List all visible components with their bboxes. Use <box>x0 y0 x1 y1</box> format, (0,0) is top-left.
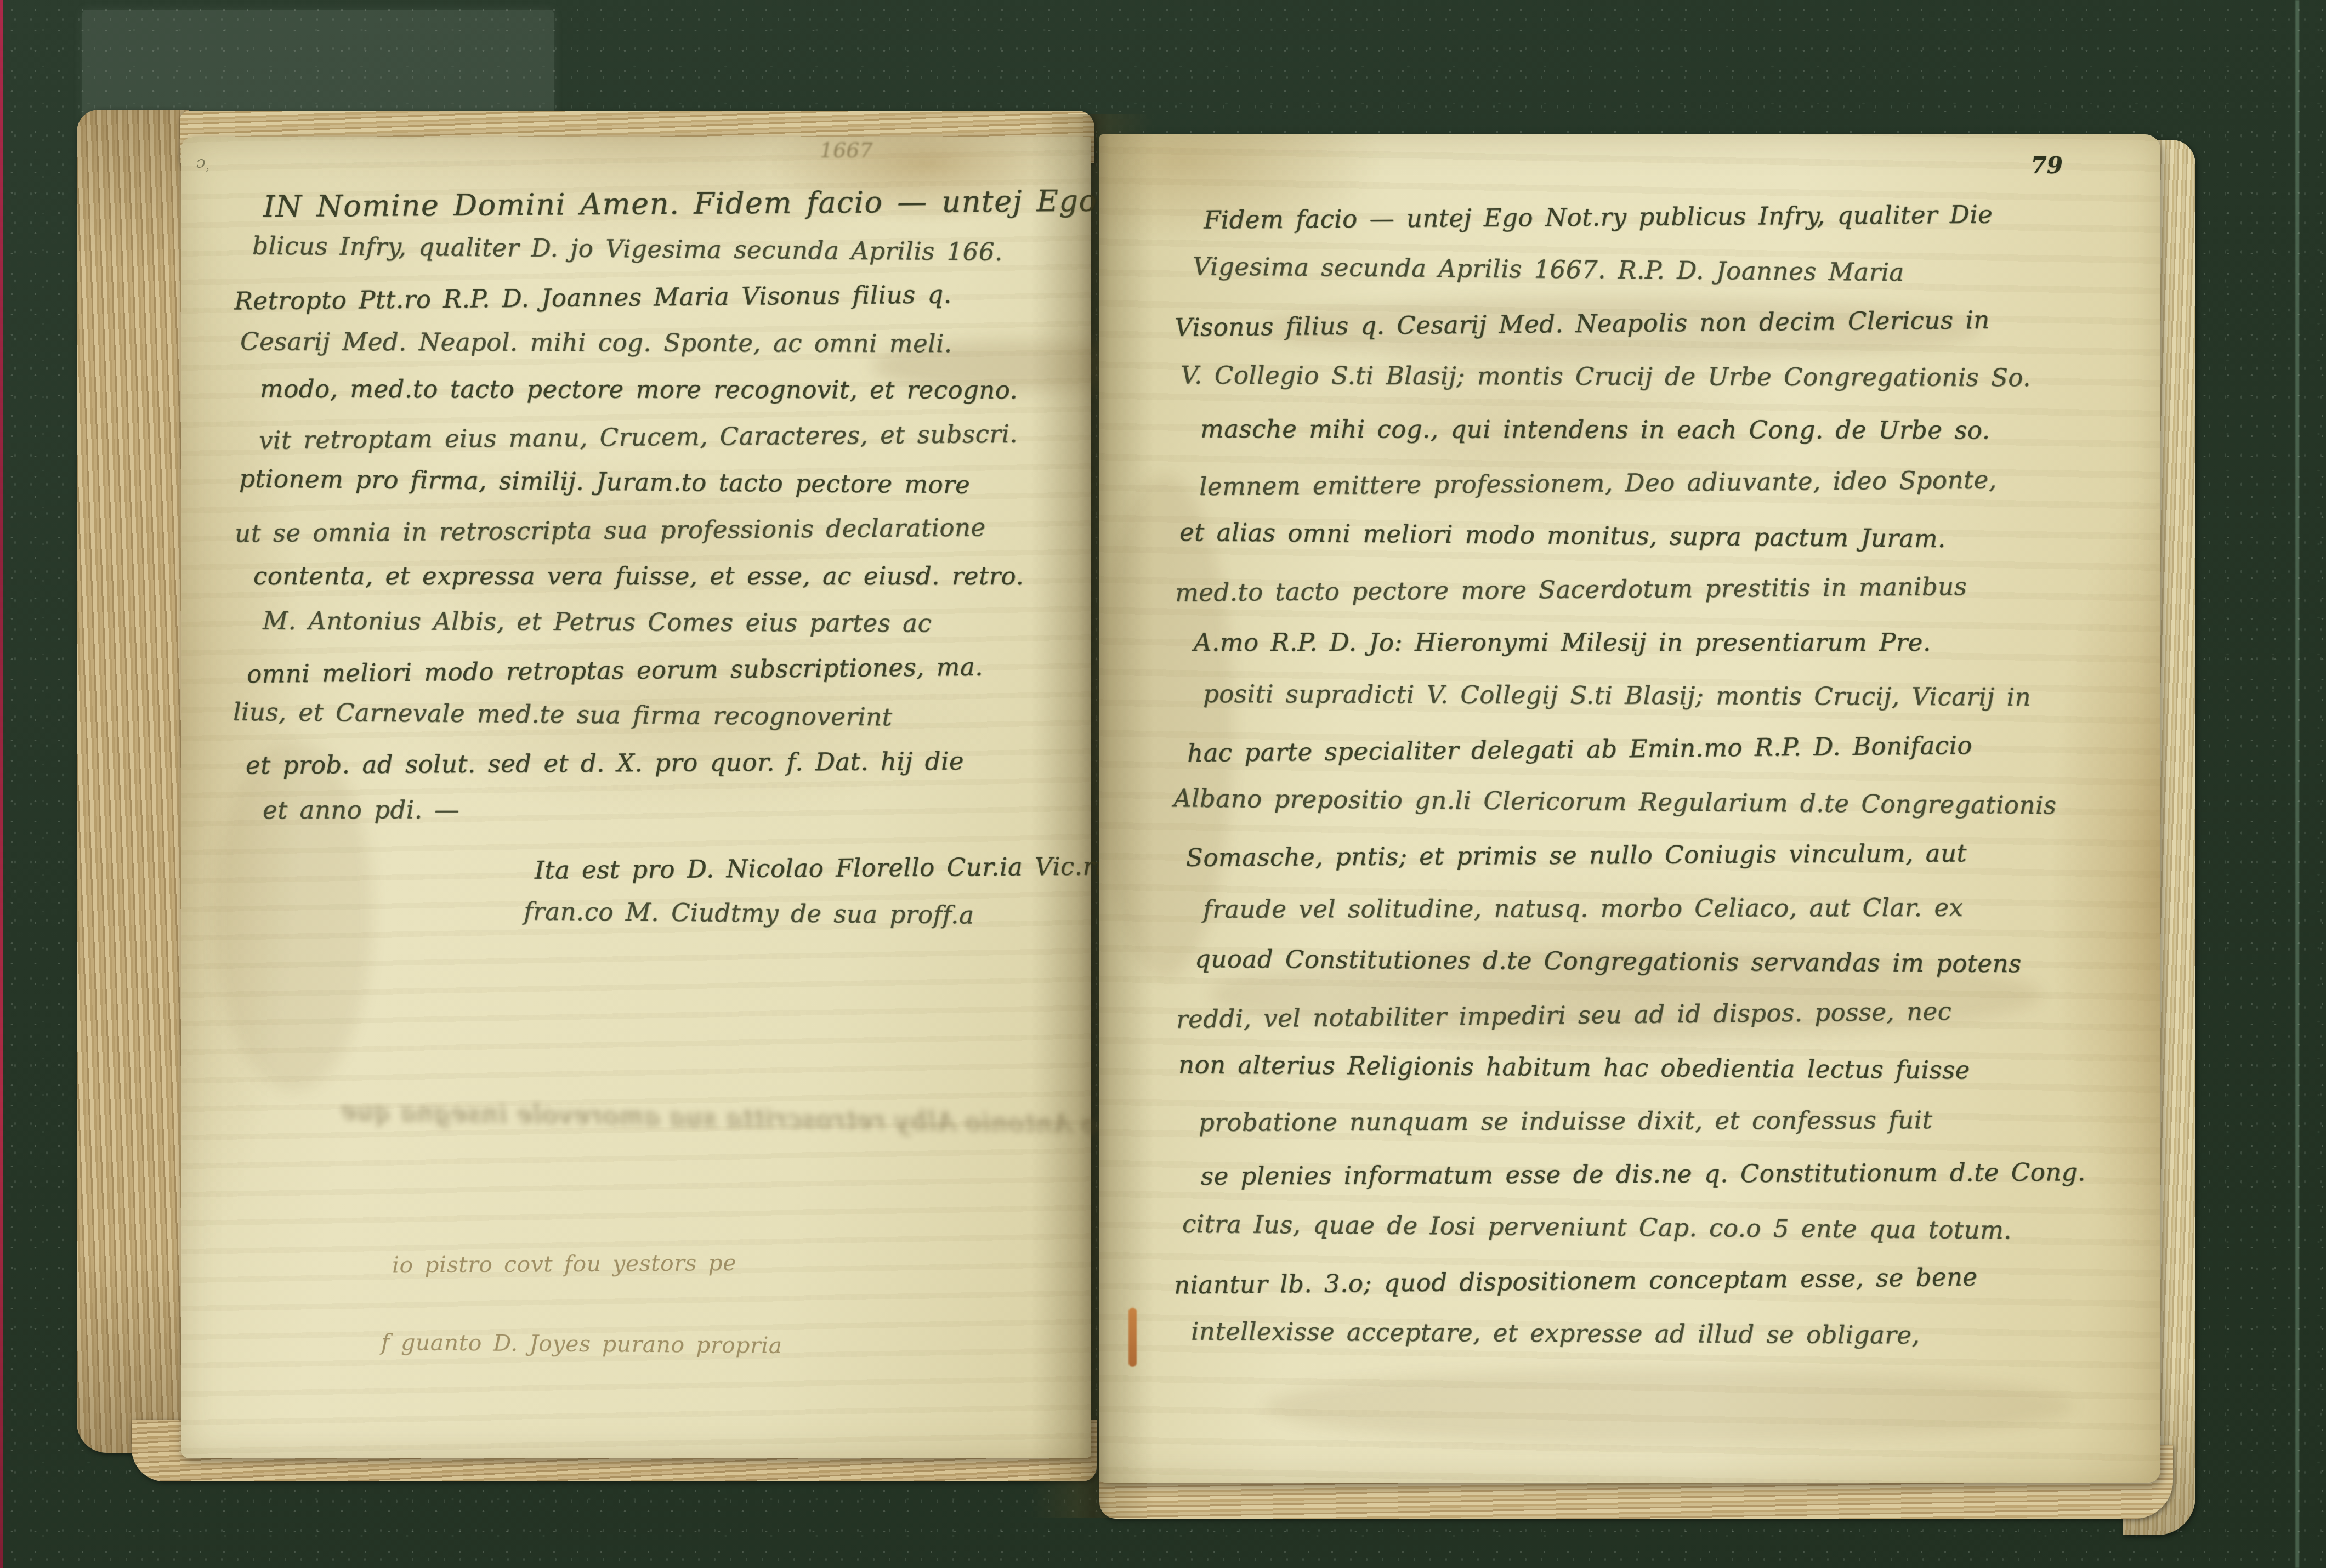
manuscript-line: Vigesima secunda Aprilis 1667. R.P. D. J… <box>1193 240 2086 300</box>
manuscript-line: IN Nomine Domini Amen. Fidem facio — unt… <box>263 177 1234 230</box>
bleedthrough-smudge <box>1264 1368 2075 1445</box>
manuscript-line: intellexisse acceptare, et expresse ad i… <box>1191 1305 2086 1363</box>
manuscript-line: lius, et Carnevale med.te sua firma reco… <box>233 689 1234 743</box>
right-page-text-block: Fidem facio — untej Ego Not.ry publicus … <box>1173 190 2086 1360</box>
manuscript-line: Ita est pro D. Nicolao Florello Cur.ia V… <box>535 843 1111 893</box>
manuscript-line: fraude vel solitudine, natusq. morbo Cel… <box>1203 880 2086 936</box>
notary-signature-block: Ita est pro D. Nicolao Florello Cur.ia V… <box>504 845 1111 936</box>
page-edges-left <box>77 110 189 1453</box>
manuscript-line: hac parte specialiter delegati ab Emin.m… <box>1187 718 2086 780</box>
manuscript-line: probatione nunquam se induisse dixit, et… <box>1199 1093 2086 1149</box>
manuscript-line: f guanto D. Joyes purano propria <box>381 1302 782 1385</box>
backdrop-seam-line <box>2295 0 2299 1568</box>
manuscript-line: blicus Infry, qualiter D. jo Vigesima se… <box>252 223 1234 277</box>
manuscript-line: se plenies informatum esse de dis.ne q. … <box>1201 1145 2086 1203</box>
manuscript-line: Retropto Ptt.ro R.P. D. Joannes Maria Vi… <box>234 268 1234 324</box>
manuscript-line: med.to tacto pectore more Sacerdotum pre… <box>1175 559 2086 619</box>
manuscript-line: quoad Constitutiones d.te Congregationis… <box>1195 932 2086 991</box>
open-manuscript-book: ɔ⸒ 1667 IN Nomine Domini Amen. Fidem fac… <box>77 104 2199 1552</box>
manuscript-line: non alterius Religionis habitum hac obed… <box>1178 1038 2086 1098</box>
manuscript-line: ptionem pro firma, similij. Juram.to tac… <box>239 455 1234 510</box>
manuscript-line: fran.co M. Ciudtmy de sua proff.a <box>524 889 1111 939</box>
manuscript-line: io pistro covt fou yestors pe <box>392 1223 782 1305</box>
manuscript-line: et prob. ad solut. sed et d. X. pro quor… <box>246 736 1234 789</box>
photo-backdrop: ɔ⸒ 1667 IN Nomine Domini Amen. Fidem fac… <box>0 0 2326 1568</box>
manuscript-line: et anno pdi. — <box>263 785 1234 833</box>
manuscript-line: lemnem emittere professionem, Deo adiuva… <box>1199 452 2086 513</box>
manuscript-line: reddi, vel notabiliter impediri seu ad i… <box>1176 983 2086 1046</box>
scan-edge-red-line <box>0 0 3 1568</box>
manuscript-line: modo, med.to tacto pectore more recognov… <box>260 366 1234 414</box>
manuscript-line: V. Collegio S.ti Blasij; montis Crucij d… <box>1181 349 2086 405</box>
corner-mark: ɔ⸒ <box>196 150 211 173</box>
ghost-year-mark: 1667 <box>820 138 873 162</box>
manuscript-line: et alias omni meliori modo monitus, supr… <box>1179 505 2086 566</box>
manuscript-line: masche mihi cog., qui intendens in each … <box>1200 402 2086 457</box>
manuscript-line: Fidem facio — untej Ego Not.ry publicus … <box>1204 187 2086 246</box>
manuscript-line: omni meliori modo retroptas eorum subscr… <box>247 641 1234 697</box>
wax-mark <box>1128 1308 1137 1367</box>
manuscript-line: Somasche, pntis; et primis se nullo Coni… <box>1186 826 2086 884</box>
manuscript-line: M. Antonius Albis, et Petrus Comes eius … <box>263 597 1234 647</box>
left-page: ɔ⸒ 1667 IN Nomine Domini Amen. Fidem fac… <box>181 137 1091 1458</box>
faint-pencil-note-block: io pistro covt fou yestors pef guanto D.… <box>362 1224 782 1384</box>
manuscript-line: Visonus filius q. Cesarij Med. Neapolis … <box>1175 292 2086 354</box>
manuscript-line: contenta, et expressa vera fuisse, et es… <box>253 553 1234 600</box>
manuscript-line: Albano prepositio gn.li Clericorum Regul… <box>1173 771 2086 832</box>
manuscript-line: Cesarij Med. Neapol. mihi cog. Sponte, a… <box>240 318 1234 367</box>
manuscript-line: A.mo R.P. D. Jo: Hieronymi Milesij in pr… <box>1194 616 2086 669</box>
bleedthrough-text-band: Ego Antonio Alby retroscritta sua amorev… <box>340 1096 1134 1139</box>
right-page: 79 Fidem facio — untej Ego Not.ry public… <box>1099 134 2160 1483</box>
manuscript-line: citra Ius, quae de Iosi perveniunt Cap. … <box>1182 1197 2086 1257</box>
manuscript-line: vit retroptam eius manu, Crucem, Caracte… <box>259 408 1234 464</box>
folio-number: 79 <box>2031 152 2063 179</box>
manuscript-line: ut se omnia in retroscripta sua professi… <box>235 502 1234 557</box>
left-page-text-block: IN Nomine Domini Amen. Fidem facio — unt… <box>233 180 1234 832</box>
manuscript-line: positi supradicti V. Collegij S.ti Blasi… <box>1203 667 2086 724</box>
manuscript-line: niantur lb. 3.o; quod dispositionem conc… <box>1174 1249 2086 1311</box>
